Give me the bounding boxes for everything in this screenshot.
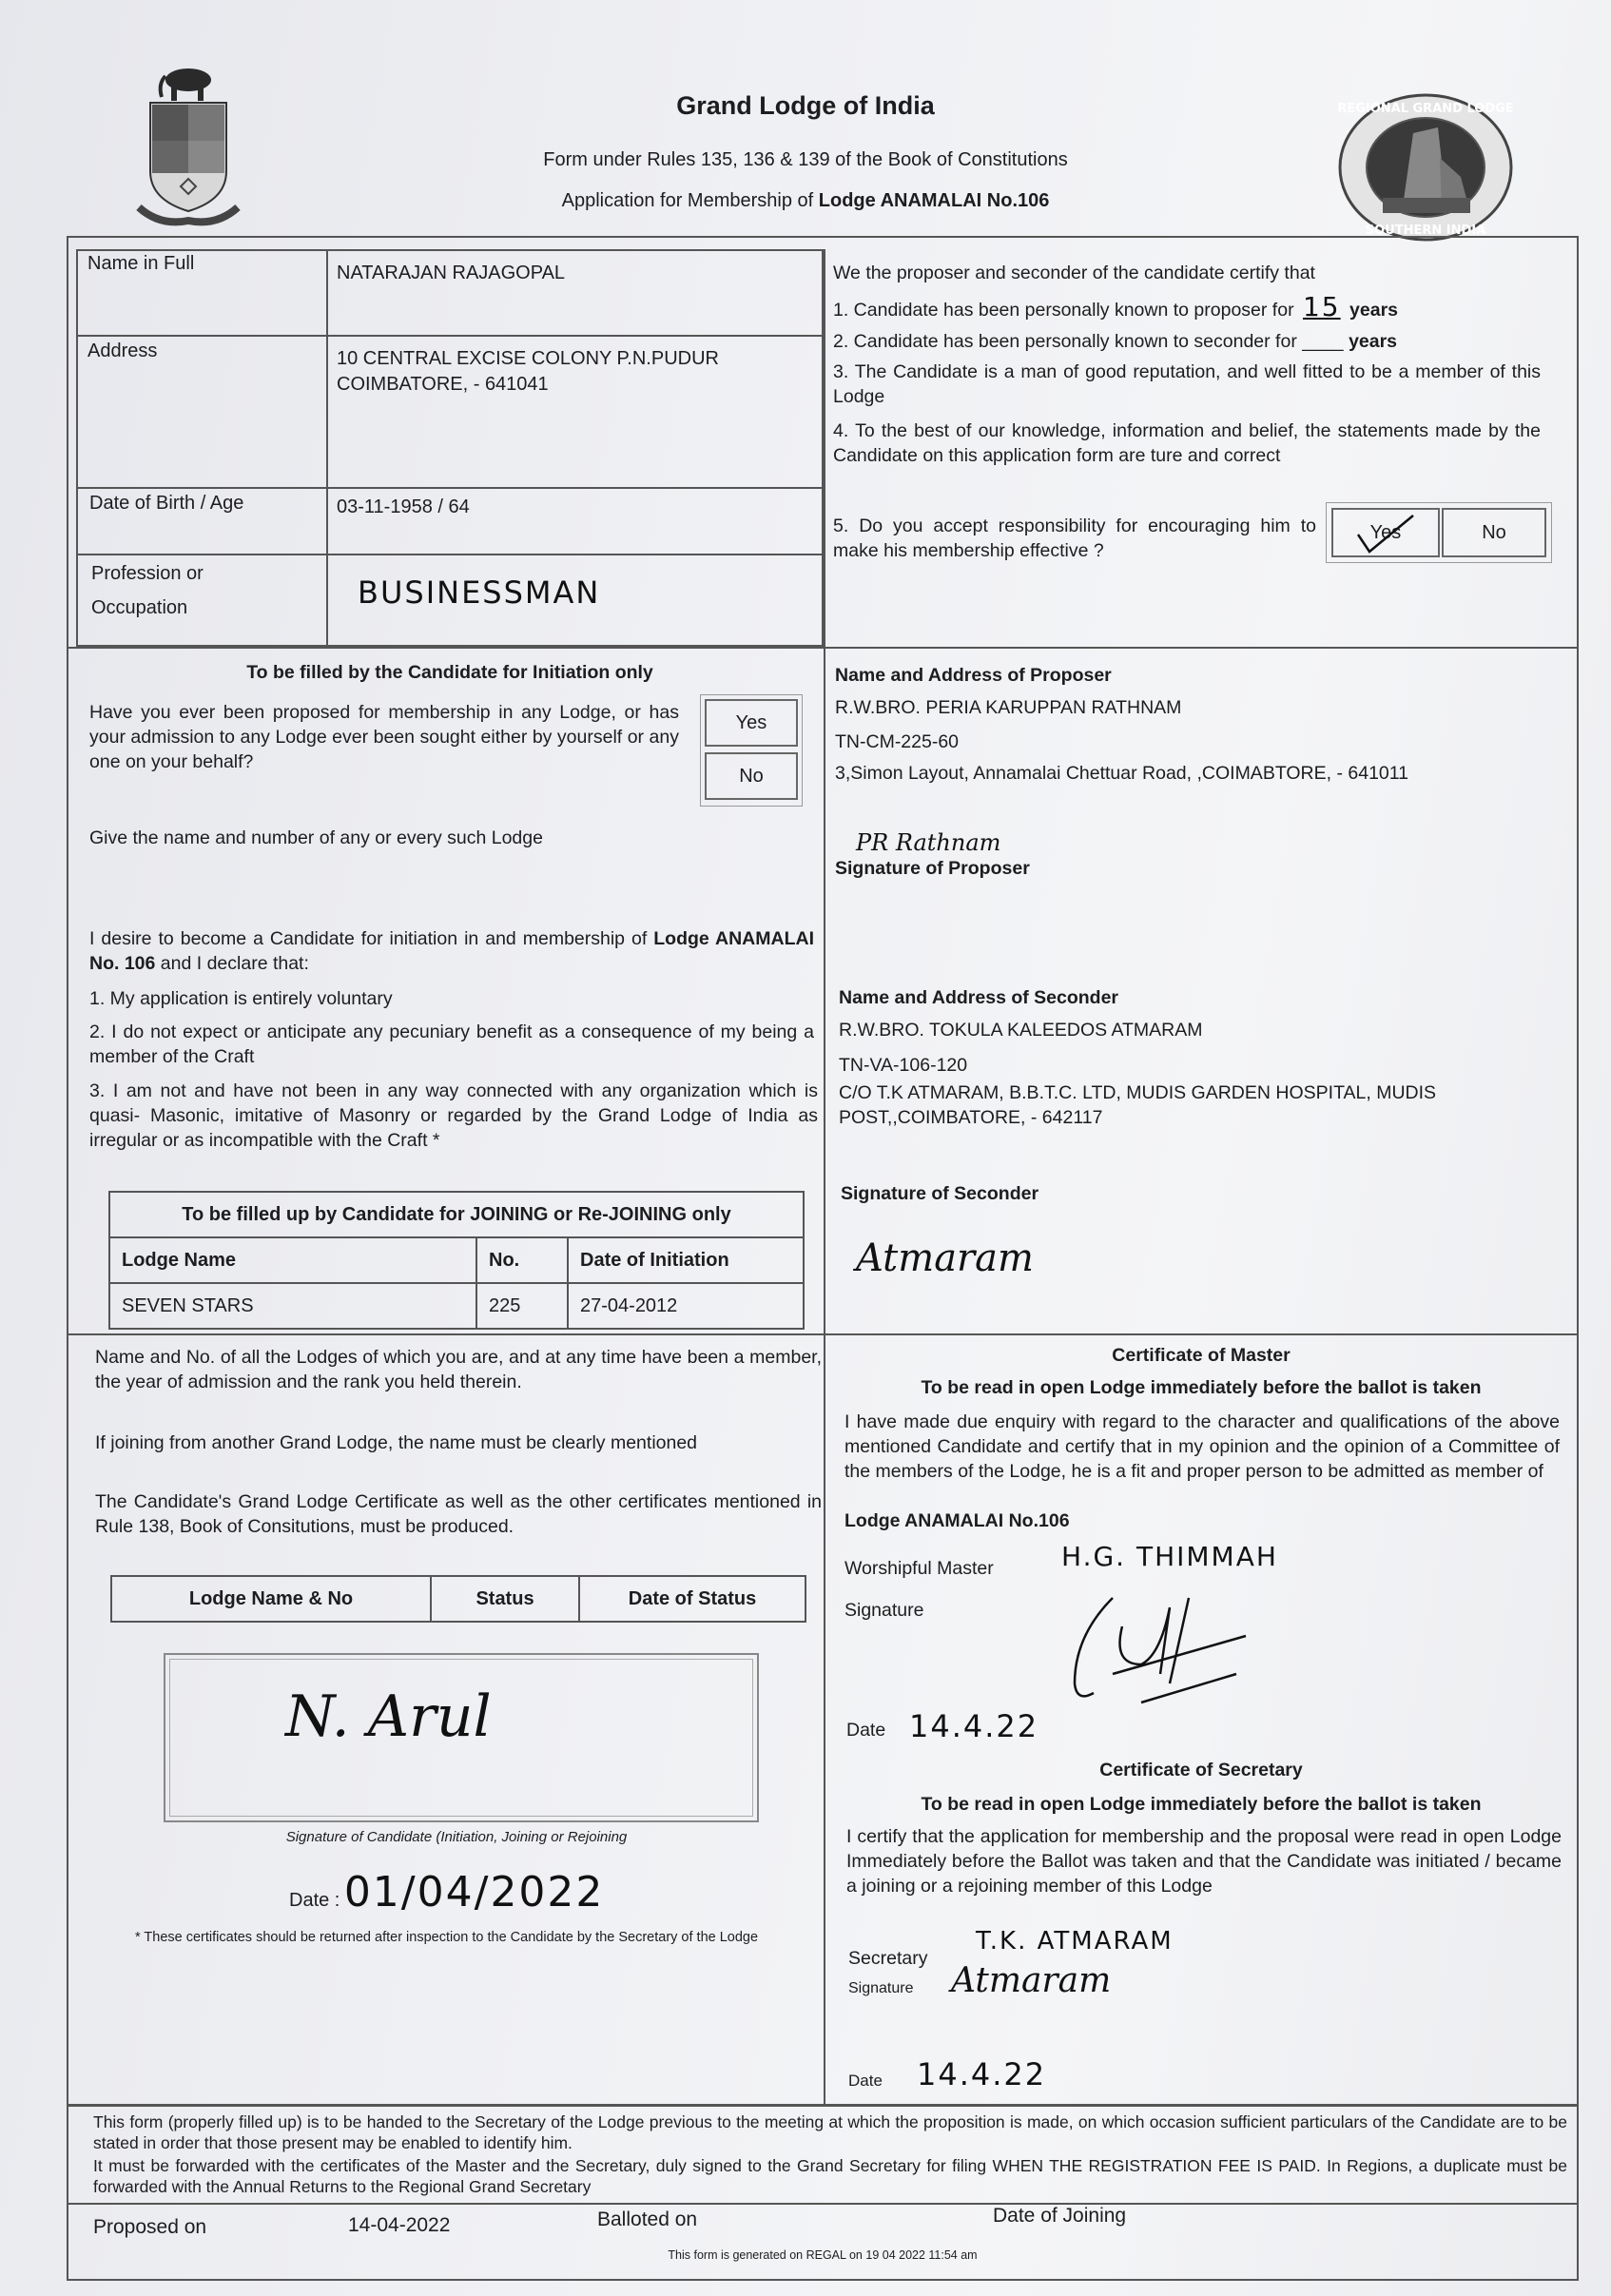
declaration-3: 3. I am not and have not been in any way… — [89, 1079, 818, 1153]
name-label: Name in Full — [87, 253, 194, 275]
address-label: Address — [87, 341, 157, 362]
certify-item-1-text: 1. Candidate has been personally known t… — [833, 300, 1294, 321]
declaration-intro-text: I desire to become a Candidate for initi… — [89, 928, 647, 949]
address-line1[interactable]: 10 CENTRAL EXCISE COLONY P.N.PUDUR — [337, 348, 719, 370]
name-value[interactable]: NATARAJAN RAJAGOPAL — [337, 263, 565, 284]
joining-cell-no[interactable]: 225 — [476, 1283, 568, 1329]
master-date-value[interactable]: 14.4.22 — [909, 1708, 1038, 1744]
declaration-intro: I desire to become a Candidate for initi… — [89, 926, 814, 976]
master-label: Worshipful Master — [844, 1556, 994, 1581]
no-label: No — [739, 766, 764, 788]
joining-col-lodge-name: Lodge Name — [109, 1237, 476, 1283]
master-body: I have made due enquiry with regard to t… — [844, 1410, 1560, 1484]
declaration-1: 1. My application is entirely voluntary — [89, 986, 393, 1011]
proposer-reg-no[interactable]: TN-CM-225-60 — [835, 730, 959, 754]
secretary-name[interactable]: T.K. ATMARAM — [976, 1927, 1174, 1955]
table-row: SEVEN STARS 225 27-04-2012 — [109, 1283, 804, 1329]
proposed-on-label: Proposed on — [93, 2216, 206, 2239]
date-of-joining-label: Date of Joining — [993, 2205, 1126, 2228]
dob-label: Date of Birth / Age — [89, 493, 243, 515]
secretary-subheading: To be read in open Lodge immediately bef… — [824, 1792, 1579, 1817]
proposer-name[interactable]: R.W.BRO. PERIA KARUPPAN RATHNAM — [835, 695, 1181, 720]
details-row-divider — [76, 487, 824, 489]
declaration-2: 2. I do not expect or anticipate any pec… — [89, 1020, 814, 1069]
date-label: Date : — [289, 1890, 340, 1911]
certify-item-2: 2. Candidate has been personally known t… — [833, 329, 1537, 354]
lodges-table: Lodge Name & No Status Date of Status — [110, 1575, 806, 1623]
initiation-heading: To be filled by the Candidate for Initia… — [76, 660, 824, 685]
footer-note-2: It must be forwarded with the certificat… — [93, 2155, 1567, 2197]
lodges-col-name: Lodge Name & No — [111, 1576, 431, 1622]
candidate-date: Date : 01/04/2022 — [289, 1868, 604, 1917]
joining-col-date: Date of Initiation — [568, 1237, 804, 1283]
proposer-heading: Name and Address of Proposer — [835, 663, 1112, 688]
proposer-signature: PR Rathnam — [856, 829, 1000, 856]
initiation-yes-checkbox[interactable]: Yes — [705, 699, 798, 747]
secretary-date-value[interactable]: 14.4.22 — [917, 2056, 1046, 2092]
candidate-date-value[interactable]: 01/04/2022 — [344, 1868, 605, 1917]
proposer-years-value[interactable]: 15 — [1303, 291, 1341, 322]
checkmark-icon — [1352, 510, 1419, 559]
lodges-para-2: If joining from another Grand Lodge, the… — [95, 1430, 822, 1455]
master-date-label: Date — [846, 1718, 885, 1742]
footer-note-1: This form (properly filled up) is to be … — [93, 2111, 1567, 2153]
initiation-question: Have you ever been proposed for membersh… — [89, 700, 679, 774]
section-divider — [68, 2203, 1577, 2205]
lodges-col-date: Date of Status — [579, 1576, 805, 1622]
candidate-signature-caption: Signature of Candidate (Initiation, Join… — [95, 1826, 818, 1849]
responsibility-yes-checkbox[interactable]: Yes — [1331, 508, 1440, 557]
certificates-note: * These certificates should be returned … — [135, 1927, 791, 1948]
declaration-suffix: and I declare that: — [155, 953, 309, 974]
certify-item-1: 1. Candidate has been personally known t… — [833, 295, 1537, 322]
certify-item-4: 4. To the best of our knowledge, informa… — [833, 418, 1541, 468]
details-row-divider — [76, 554, 824, 555]
joining-cell-date[interactable]: 27-04-2012 — [568, 1283, 804, 1329]
seconder-signature-label: Signature of Seconder — [841, 1181, 1038, 1206]
profession-label-2: Occupation — [91, 597, 187, 619]
secretary-date-label: Date — [848, 2072, 883, 2091]
profession-value[interactable]: BUSINESSMAN — [358, 574, 600, 611]
certify-item-5: 5. Do you accept responsibility for enco… — [833, 514, 1316, 563]
proposer-address[interactable]: 3,Simon Layout, Annamalai Chettuar Road,… — [835, 761, 1558, 786]
secretary-body: I certify that the application for membe… — [846, 1824, 1562, 1898]
years-label: years — [1349, 331, 1397, 352]
lodges-para-3: The Candidate's Grand Lodge Certificate … — [95, 1489, 822, 1539]
dob-value[interactable]: 03-11-1958 / 64 — [337, 496, 470, 518]
master-subheading: To be read in open Lodge immediately bef… — [824, 1375, 1579, 1400]
seconder-reg-no[interactable]: TN-VA-106-120 — [839, 1053, 967, 1078]
details-col-divider — [326, 249, 328, 647]
joining-table: To be filled up by Candidate for JOINING… — [108, 1191, 805, 1330]
lodges-para-1: Name and No. of all the Lodges of which … — [95, 1345, 822, 1394]
seconder-name[interactable]: R.W.BRO. TOKULA KALEEDOS ATMARAM — [839, 1018, 1203, 1042]
details-row-divider — [76, 335, 824, 337]
certify-intro: We the proposer and seconder of the cand… — [833, 261, 1315, 285]
master-name[interactable]: H.G. THIMMAH — [1061, 1541, 1278, 1572]
initiation-no-checkbox[interactable]: No — [705, 752, 798, 800]
master-lodge: Lodge ANAMALAI No.106 — [844, 1508, 1070, 1533]
seconder-heading: Name and Address of Seconder — [839, 985, 1118, 1010]
column-divider — [824, 249, 825, 2104]
svg-text:REGIONAL GRAND LODGE: REGIONAL GRAND LODGE — [1337, 102, 1513, 116]
seconder-address[interactable]: C/O T.K ATMARAM, B.B.T.C. LTD, MUDIS GAR… — [839, 1080, 1543, 1130]
joining-heading: To be filled up by Candidate for JOINING… — [109, 1192, 804, 1237]
lodges-col-status: Status — [431, 1576, 579, 1622]
application-lodge: Lodge ANAMALAI No.106 — [819, 190, 1050, 211]
secretary-signature: Atmaram — [951, 1961, 1111, 2000]
seconder-signature: Atmaram — [856, 1236, 1034, 1280]
candidate-signature: N. Arul — [285, 1683, 492, 1750]
yes-label: Yes — [736, 712, 767, 734]
secretary-signature-label: Signature — [848, 1980, 914, 1997]
section-divider — [68, 1333, 1577, 1335]
secretary-label: Secretary — [848, 1946, 927, 1971]
regional-grand-lodge-seal-icon: REGIONAL GRAND LODGE SOUTHERN INDIA — [1335, 91, 1516, 243]
master-signature-label: Signature — [844, 1598, 923, 1623]
proposer-signature-label: Signature of Proposer — [835, 856, 1030, 881]
responsibility-no-checkbox[interactable]: No — [1442, 508, 1546, 557]
certify-item-3: 3. The Candidate is a man of good reputa… — [833, 360, 1541, 409]
master-signature — [1056, 1569, 1274, 1712]
secretary-heading: Certificate of Secretary — [824, 1758, 1579, 1782]
give-lodge-name-label: Give the name and number of any or every… — [89, 826, 543, 850]
section-divider — [68, 2104, 1577, 2107]
balloted-on-label: Balloted on — [597, 2208, 697, 2231]
years-label: years — [1349, 300, 1398, 321]
certify-item-2-text: 2. Candidate has been personally known t… — [833, 331, 1297, 352]
seconder-years-value[interactable]: ____ — [1302, 331, 1343, 352]
section-divider — [68, 647, 1577, 649]
generated-note: This form is generated on REGAL on 19 04… — [68, 2248, 1577, 2262]
joining-cell-lodge[interactable]: SEVEN STARS — [109, 1283, 476, 1329]
profession-label-1: Profession or — [91, 563, 204, 585]
proposed-on-value[interactable]: 14-04-2022 — [348, 2214, 450, 2237]
address-line2[interactable]: COIMBATORE, - 641041 — [337, 374, 549, 396]
joining-col-no: No. — [476, 1237, 568, 1283]
application-prefix: Application for Membership of — [562, 190, 819, 211]
no-label: No — [1482, 522, 1506, 544]
master-heading: Certificate of Master — [824, 1343, 1579, 1368]
